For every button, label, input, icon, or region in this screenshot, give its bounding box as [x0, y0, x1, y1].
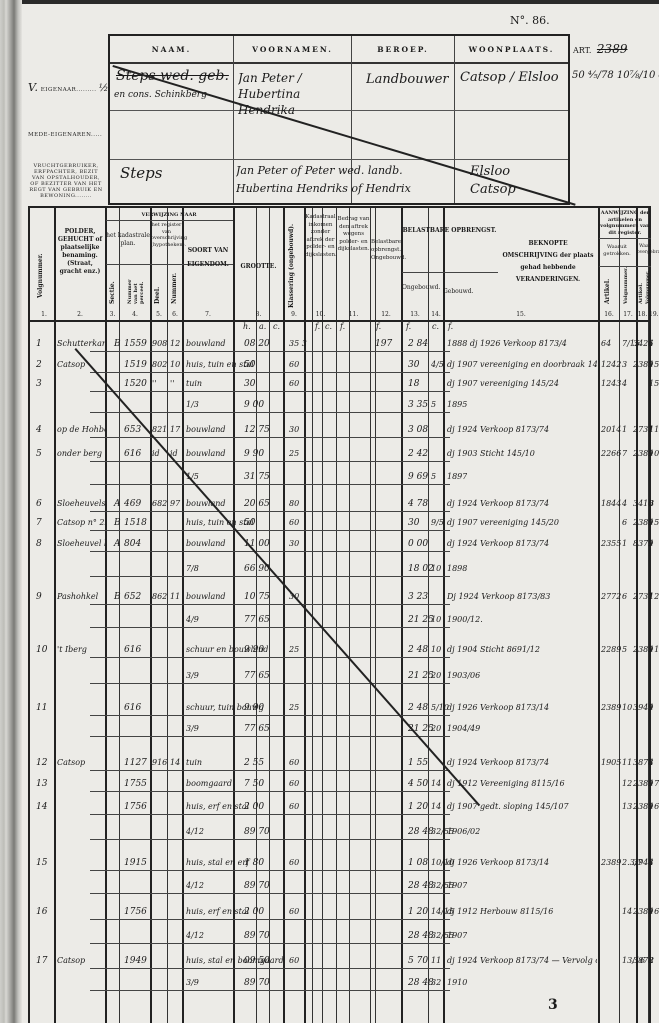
- cell-polder: Catsop: [57, 758, 85, 767]
- cell-c13: 2 42: [408, 449, 428, 459]
- cell-soort: 4/12: [186, 931, 204, 940]
- cell-klasse: 80: [289, 499, 299, 508]
- cell-v19: 1: [649, 539, 654, 548]
- cell-perceel: 1756: [124, 802, 147, 812]
- cell-num: 14: [170, 758, 180, 767]
- owner-voornamen: Jan Peter / Hubertina Hendrika: [238, 70, 350, 118]
- header-waaruit: Waaruit getrokken.: [599, 244, 635, 257]
- cell-art16: 2772: [601, 592, 621, 601]
- cell-change: 1907: [447, 881, 467, 890]
- cell-nr: 9: [36, 592, 42, 602]
- cell-c14: 11: [431, 956, 441, 965]
- cell-soort: bouwland: [186, 449, 226, 458]
- cell-change: 1888 dj 1926 Verkoop 8173/4: [447, 339, 567, 348]
- header-verwijzing: VERWIJZING NAAR: [106, 211, 232, 219]
- cell-deel: id: [152, 449, 160, 458]
- cell-v17: 1: [622, 425, 627, 434]
- cell-c13: 30: [408, 518, 419, 528]
- cell-perceel: 616: [124, 645, 141, 655]
- cell-v19: 16: [649, 802, 659, 811]
- cell-change: 1907: [447, 931, 467, 940]
- cell-deel: 908: [152, 339, 167, 348]
- cell-art16: 2014: [601, 425, 621, 434]
- cell-nr: 11: [36, 703, 47, 713]
- header-naam: NAAM.: [110, 36, 233, 64]
- cell-v19: 2: [649, 956, 654, 965]
- owner-section: NAAM. VOORNAMEN. BEROEP. WOONPLAATS. Ste…: [108, 34, 570, 205]
- cell-klasse: 60: [289, 518, 299, 527]
- cell-c13: 2 84: [408, 339, 428, 349]
- cell-klasse: 60: [289, 907, 299, 916]
- header-nummer: Nummer.: [171, 270, 178, 304]
- cell-soort: 3/9: [186, 724, 199, 733]
- cell-soort: tuin: [186, 758, 202, 767]
- cell-deel: 802: [152, 360, 167, 369]
- cell-perceel: 469: [124, 499, 141, 509]
- cell-change: dj 1924 Verkoop 8173/74: [447, 425, 549, 434]
- cell-c14: 14: [431, 779, 441, 788]
- cell-v19: 16: [649, 907, 659, 916]
- cell-soort: 3/9: [186, 671, 199, 680]
- header-artikel-18: Artikel.: [638, 274, 644, 304]
- cell-c14: 5: [431, 400, 436, 409]
- cell-v17: 4: [622, 379, 627, 388]
- cell-klasse: 60: [289, 360, 299, 369]
- cell-soort: 3/9: [186, 978, 199, 987]
- cell-grootte: 50: [244, 360, 255, 370]
- cell-art16: 1905: [601, 758, 621, 767]
- cell-grootte: 9 90: [244, 703, 264, 713]
- header-perceel: Nummer van het perceel.: [127, 270, 145, 304]
- cell-art16: 2355: [601, 539, 621, 548]
- header-volgnummer-19: Volgnummer.: [646, 274, 651, 304]
- cell-c13: 0 00: [408, 539, 428, 549]
- cell-art16: 1844: [601, 499, 621, 508]
- cell-num: 17: [170, 425, 180, 434]
- cell-grootte: 89 70: [244, 827, 270, 837]
- page-top-edge: [0, 0, 659, 4]
- cell-c14: 20: [431, 671, 441, 680]
- header-woonplaats: WOONPLAATS.: [455, 36, 568, 64]
- cell-nr: 1: [36, 339, 42, 349]
- cell-v17: 12: [622, 779, 632, 788]
- cell-grootte: 1 80: [244, 858, 264, 868]
- cell-c14: 10: [431, 615, 441, 624]
- header-polder: POLDER, GEHUCHT of plaatselijke benaming…: [56, 228, 104, 276]
- cell-v17: 4: [622, 499, 627, 508]
- cell-soort: 4/12: [186, 881, 204, 890]
- cell-nr: 5: [36, 449, 42, 459]
- cell-grootte: 77 65: [244, 615, 270, 625]
- cell-polder: Sloeheuvel langs de Kapel: [57, 539, 105, 548]
- header-kadastraal-plan: het kadastrale plan.: [106, 232, 150, 248]
- cell-soort: 4/12: [186, 827, 204, 836]
- cell-v19: 15: [649, 518, 659, 527]
- cell-change: dj 1907 gedt. sloping 145/107: [447, 802, 569, 811]
- cell-c13: 2 48: [408, 645, 428, 655]
- cell-v17: 6: [622, 518, 627, 527]
- cell-nr: 10: [36, 645, 47, 655]
- cell-nr: 15: [36, 858, 47, 868]
- cell-c13: 1 55: [408, 758, 428, 768]
- cell-deel: 862: [152, 592, 167, 601]
- cell-polder: Schutterkamp: [57, 339, 105, 348]
- cell-v19: 15: [649, 360, 659, 369]
- header-belastbare-ongebouwd: Belastbare opbrengst. Ongebouwd.: [371, 238, 401, 262]
- cell-perceel: 616: [124, 703, 141, 713]
- cell-grootte: 77 65: [244, 671, 270, 681]
- cell-grootte: 9 90: [244, 449, 264, 459]
- cell-deel: '': [152, 379, 156, 388]
- cell-art16: 1243: [601, 379, 621, 388]
- cell-soort: tuin: [186, 379, 202, 388]
- cell-grootte: 20 65: [244, 499, 270, 509]
- cell-grootte: 30: [244, 379, 255, 389]
- cell-num: 11: [170, 592, 180, 601]
- header-volgnummer-17: Volgnummer.: [623, 274, 629, 304]
- cell-soort: 4/9: [186, 615, 199, 624]
- cell-grootte: 2 00: [244, 907, 264, 917]
- cell-nr: 13: [36, 779, 47, 789]
- cell-soort: 1/3: [186, 400, 199, 409]
- cell-c14: 9/5: [431, 518, 444, 527]
- label-vruchtgebruiker: VRUCHTGEBRUIKER, ERFPACHTER, BEZIT VAN O…: [28, 163, 104, 199]
- cell-perceel: 1519: [124, 360, 147, 370]
- cell-change: dj 1903 Sticht 145/10: [447, 449, 535, 458]
- cell-c13: 28 48: [408, 881, 434, 891]
- cell-change: 1895: [447, 400, 467, 409]
- cell-soort: huis, erf en stal: [186, 802, 249, 811]
- cell-polder: Catsop: [57, 956, 85, 965]
- cell-perceel: 1949: [124, 956, 147, 966]
- page-number: N°. 86.: [510, 14, 550, 27]
- cell-nr: 14: [36, 802, 47, 812]
- parcel-table: Volgnummer. POLDER, GEHUCHT of plaatseli…: [28, 206, 651, 1023]
- cell-perceel: 1127: [124, 758, 147, 768]
- cell-change: 1900/12.: [447, 615, 483, 624]
- cell-c14: 10: [431, 564, 441, 573]
- header-klassering: Klassering (ongebouwd).: [288, 228, 295, 308]
- cell-art16: 2289: [601, 645, 621, 654]
- cell-perceel: 653: [124, 425, 141, 435]
- cell-grootte: 89 70: [244, 931, 270, 941]
- cell-c13: 21 25: [408, 671, 434, 681]
- cell-change: dj 1907 vereeniging 145/20: [447, 518, 559, 527]
- cell-grootte: 9 90: [244, 645, 264, 655]
- cell-change: dj 1924 Verkoop 8173/74 — Vervolg op fol…: [447, 956, 597, 965]
- cell-soort: bouwland: [186, 499, 226, 508]
- cell-v17: 13: [622, 802, 632, 811]
- cell-v17: 6: [622, 592, 627, 601]
- cell-sectie: A: [114, 499, 121, 509]
- cell-polder: Catsop n° 22: [57, 518, 105, 527]
- cell-polder: op de Hohbel: [57, 425, 105, 434]
- cell-klasse: 30: [289, 539, 299, 548]
- cell-sectie: B: [114, 518, 121, 528]
- cell-v19: 11: [649, 425, 659, 434]
- cell-change: dj 1912 Herbouw 8115/16: [447, 907, 553, 916]
- cell-change: 1897: [447, 472, 467, 481]
- cell-klasse: 60: [289, 956, 299, 965]
- cell-art16: 2266: [601, 449, 621, 458]
- cell-grootte: 89 70: [244, 978, 270, 988]
- cell-c13: 5 70: [408, 956, 428, 966]
- cell-v19: 11: [649, 645, 659, 654]
- usufructuary-voornamen: Jan Peter of Peter wed. landb.: [236, 164, 403, 177]
- article-number: ART. 2389: [573, 42, 627, 56]
- cell-c14: 20: [431, 724, 441, 733]
- header-register: het register van overschrijving (hypothe…: [151, 222, 182, 248]
- cell-nr: 3: [36, 379, 42, 389]
- cell-v19: 1: [649, 858, 654, 867]
- cell-nr: 2: [36, 360, 42, 370]
- cell-deel: 682: [152, 499, 167, 508]
- cell-nr: 7: [36, 518, 42, 528]
- cell-v17: 14: [622, 907, 632, 916]
- cell-sectie: A: [114, 539, 121, 549]
- cell-c13: 4 78: [408, 499, 428, 509]
- cell-klasse: 35 3: [289, 339, 307, 348]
- article-value: 2389: [597, 42, 628, 56]
- header-gebouwd: Gebouwd.: [443, 288, 469, 296]
- cell-grootte: 31 75: [244, 472, 270, 482]
- cell-v19: 15: [649, 379, 659, 388]
- cell-nr: 6: [36, 499, 42, 509]
- usufructuary-woonplaats: Elsloo: [470, 164, 510, 179]
- cell-v17: 1: [622, 539, 627, 548]
- cell-num: 97: [170, 499, 180, 508]
- cell-klasse: 60: [289, 858, 299, 867]
- cell-v17: 7: [622, 449, 627, 458]
- cell-c13: 28 48: [408, 978, 434, 988]
- cell-c13: 30: [408, 360, 419, 370]
- cell-c13: 2 48: [408, 703, 428, 713]
- cell-change: dj 1924 Verkoop 8173/74: [447, 758, 549, 767]
- cell-perceel: 616: [124, 449, 141, 459]
- cell-change: 1906/02: [447, 827, 480, 836]
- cell-nr: 12: [36, 758, 47, 768]
- cell-polder: Sloeheuvelsd: [57, 499, 105, 508]
- cell-v17: 5: [622, 645, 627, 654]
- cell-c13: 1 08: [408, 858, 428, 868]
- cell-klasse: 60: [289, 379, 299, 388]
- header-soort: SOORT VAN EIGENDOM.: [183, 244, 233, 272]
- cell-change: dj 1907 vereeniging en doorbraak 145/24: [447, 360, 597, 369]
- register-page: N°. 86. ART. 2389 50 ⅘/78 10⅞/10 dj 1917…: [0, 0, 659, 1023]
- label-mede-eigenaren: MEDE-EIGENAREN.....: [28, 132, 102, 139]
- cell-change: dj 1904 Sticht 8691/12: [447, 645, 540, 654]
- cell-soort: bouwland: [186, 592, 226, 601]
- cell-soort: 7/8: [186, 564, 199, 573]
- cell-change: dj 1907 vereeniging 145/24: [447, 379, 559, 388]
- cell-v17: 10: [622, 703, 632, 712]
- header-ongebouwd: Ongebouwd.: [402, 284, 428, 292]
- cell-grootte: 2 00: [244, 802, 264, 812]
- cell-change: dj 1924 Verkoop 8173/74: [447, 539, 549, 548]
- cell-grootte: 10 75: [244, 592, 270, 602]
- cell-klasse: 60: [289, 758, 299, 767]
- cell-soort: huis, erf en stal: [186, 907, 249, 916]
- cell-perceel: 1915: [124, 858, 147, 868]
- header-artikel-16: Artikel.: [604, 274, 611, 304]
- header-beroep: BEROEP.: [352, 36, 454, 64]
- cell-art16: 1242: [601, 360, 621, 369]
- cell-v19: 1: [649, 758, 654, 767]
- cell-c13: 21 25: [408, 615, 434, 625]
- cell-art16: 64: [601, 339, 611, 348]
- cell-perceel: 804: [124, 539, 141, 549]
- cell-c13: 28 48: [408, 827, 434, 837]
- cell-deel: 821: [152, 425, 167, 434]
- cell-perceel: 1520: [124, 379, 147, 389]
- cell-perceel: 1518: [124, 518, 147, 528]
- article-note: 50 ⅘/78 10⅞/10 dj 1917.: [572, 70, 659, 81]
- cell-nr: 4: [36, 425, 42, 435]
- cell-c13: 18 02: [408, 564, 434, 574]
- cell-v17: 11: [622, 758, 632, 767]
- cell-perceel: 1755: [124, 779, 147, 789]
- owner-naam-extra: en cons. Schinkberg: [114, 90, 207, 100]
- cell-klasse: 25: [289, 645, 299, 654]
- cell-grootte: 50: [244, 518, 255, 528]
- article-label: ART.: [573, 46, 591, 55]
- cell-c14: 14: [431, 802, 441, 811]
- cell-v19: 10: [649, 449, 659, 458]
- cell-soort: bouwland: [186, 539, 226, 548]
- cell-c14: 32: [431, 978, 441, 987]
- cell-klasse: 60: [289, 802, 299, 811]
- cell-c12: 197: [375, 339, 392, 349]
- cell-nr: 8: [36, 539, 42, 549]
- label-eigenaar: V. EIGENAAR......... ½: [28, 84, 109, 94]
- cell-grootte: 08 20: [244, 339, 270, 349]
- cell-change: 1898: [447, 564, 467, 573]
- cell-c13: 1 20: [408, 907, 428, 917]
- cell-c13: 3 08: [408, 425, 428, 435]
- owner-beroep: Landbouwer: [366, 72, 449, 87]
- cell-soort: huis, stal en erf: [186, 858, 249, 867]
- cell-num: '': [170, 379, 174, 388]
- cell-change: 1904/49: [447, 724, 480, 733]
- cell-nr: 16: [36, 907, 47, 917]
- cell-polder: 't Iberg: [57, 645, 87, 654]
- cell-klasse: 60: [289, 779, 299, 788]
- cell-v19: 3: [649, 499, 654, 508]
- header-omschrijving: BEKNOPTE OMSCHRIJVING der plaats gehad h…: [500, 238, 596, 286]
- cell-c13: 4 50: [408, 779, 428, 789]
- header-aanwijzing: AANWIJZING der artikelen en volgnummers …: [599, 210, 651, 236]
- header-aftrek: Bedrag van den aftrek wegens polder- en …: [337, 216, 370, 254]
- cell-v19: 17: [649, 779, 659, 788]
- cell-art16: 2389: [601, 858, 621, 867]
- header-kadastraal-inkomen: Kadastraal inkomen zonder aftrek der pol…: [305, 214, 336, 259]
- cell-change: dj 1926 Verkoop 8173/14: [447, 858, 549, 867]
- cell-v19: 1: [649, 339, 654, 348]
- cell-change: 1910: [447, 978, 467, 987]
- cell-perceel: 652: [124, 592, 141, 602]
- usufructuary-voornamen-2: Hubertina Hendriks of Hendrix: [236, 182, 411, 195]
- header-voornamen: VOORNAMEN.: [234, 36, 351, 64]
- cell-v17: 3: [622, 360, 627, 369]
- usufructuary-naam: Steps: [120, 164, 162, 182]
- cell-sectie: B: [114, 339, 121, 349]
- cell-c14: 4/5: [431, 360, 444, 369]
- owner-woonplaats: Catsop / Elsloo: [460, 70, 560, 86]
- cell-polder: Catsop: [57, 360, 85, 369]
- cell-grootte: 9 00: [244, 400, 264, 410]
- header-belastbare-opbrengst: BELASTBARE OPBRENGST.: [402, 224, 497, 238]
- cell-soort: boomgaard: [186, 779, 232, 788]
- cell-nr: 17: [36, 956, 47, 966]
- cell-art16: 2389: [601, 703, 621, 712]
- header-grootte: GROOTTE.: [234, 263, 283, 271]
- cell-c13: 3 23: [408, 592, 428, 602]
- cell-grootte: 89 70: [244, 881, 270, 891]
- cell-change: dj 1926 Verkoop 8173/14: [447, 703, 549, 712]
- cell-change: Dj 1924 Verkoop 8173/83: [447, 592, 550, 601]
- header-waar: Waar overgebragt.: [637, 244, 653, 256]
- followup-folio: 3: [548, 997, 558, 1013]
- cell-sectie: B: [114, 592, 121, 602]
- cell-change: dj 1924 Verkoop 8173/74: [447, 499, 549, 508]
- cell-perceel: 1756: [124, 907, 147, 917]
- cell-v19: 12: [649, 592, 659, 601]
- cell-c13: 3 35: [408, 400, 428, 410]
- cell-perceel: 1559: [124, 339, 147, 349]
- cell-soort: bouwland: [186, 425, 226, 434]
- header-volgnummer: Volgnummer.: [37, 238, 44, 298]
- cell-grootte: 12 75: [244, 425, 270, 435]
- cell-c14: 10: [431, 645, 441, 654]
- header-deel: Deel.: [154, 274, 161, 304]
- cell-klasse: 30: [289, 425, 299, 434]
- cell-c13: 18: [408, 379, 419, 389]
- cell-klasse: 25: [289, 449, 299, 458]
- book-binding: [0, 0, 22, 1023]
- header-sectie: Sectie.: [109, 270, 116, 304]
- cell-num: 12: [170, 339, 180, 348]
- cell-grootte: 2 55: [244, 758, 264, 768]
- cell-grootte: 7 50: [244, 779, 264, 789]
- cell-c13: 28 48: [408, 931, 434, 941]
- cell-soort: bouwland: [186, 339, 226, 348]
- cell-change: 1903/06: [447, 671, 480, 680]
- cell-deel: 916: [152, 758, 167, 767]
- cell-polder: onder berg: [57, 449, 102, 458]
- cell-c14: 5: [431, 472, 436, 481]
- cell-num: 10: [170, 360, 180, 369]
- cell-klasse: 25: [289, 703, 299, 712]
- cell-grootte: 09 50: [244, 956, 270, 966]
- cell-v19: 1: [649, 703, 654, 712]
- cell-c13: 1 20: [408, 802, 428, 812]
- cell-c13: 9 69: [408, 472, 428, 482]
- cell-grootte: 77 65: [244, 724, 270, 734]
- cell-polder: Pashohkel: [57, 592, 98, 601]
